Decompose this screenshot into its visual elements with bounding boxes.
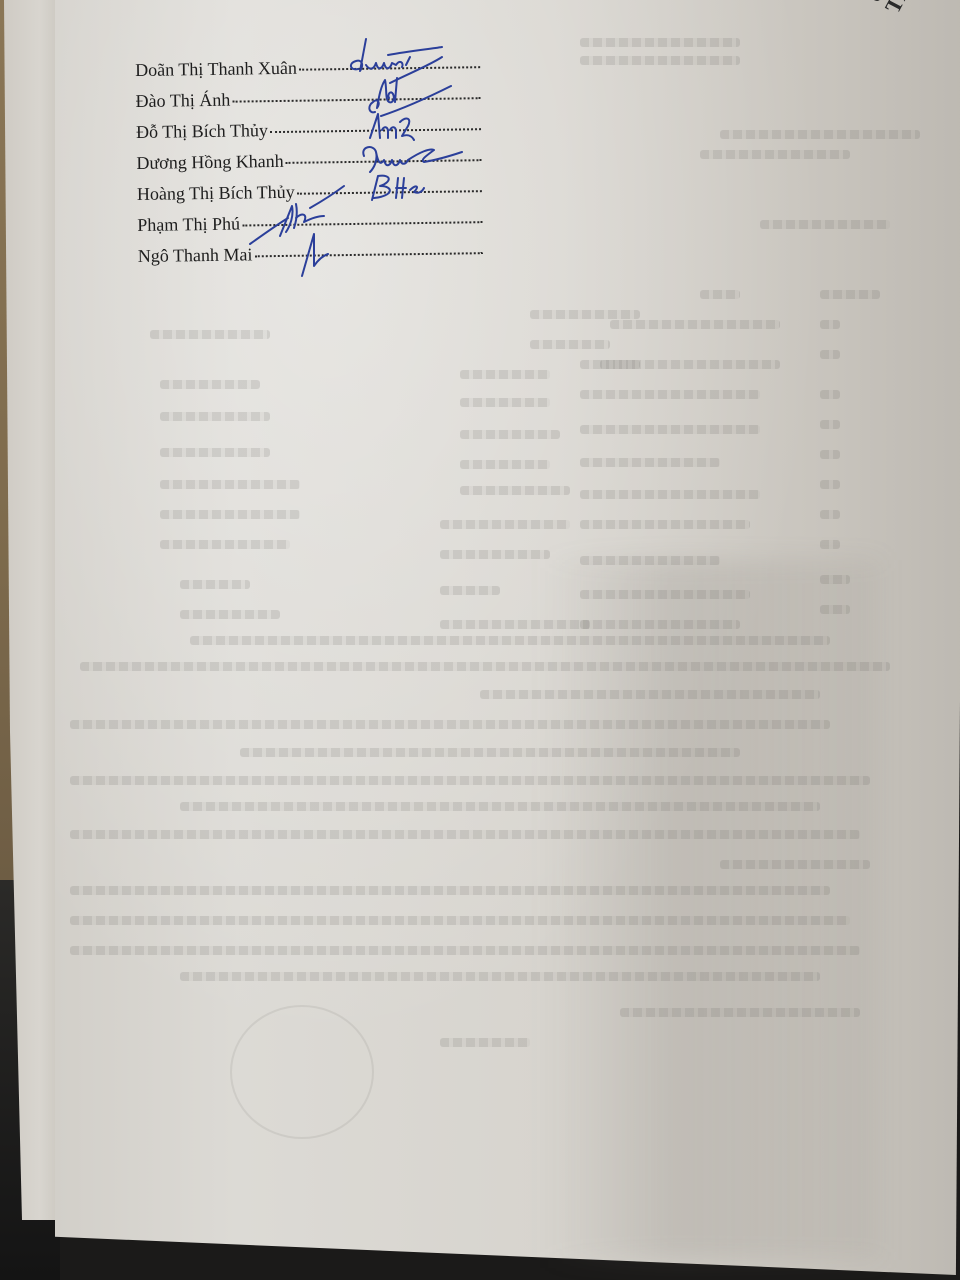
signature-line (299, 50, 480, 71)
signature-line (297, 174, 482, 195)
signatory-name: Đào Thị Ánh (135, 90, 230, 112)
signature-line (286, 143, 482, 164)
signature-line (242, 205, 483, 226)
signatory-name: Doãn Thị Thanh Xuân (135, 58, 297, 81)
signatory-name: Ngô Thanh Mai (138, 244, 253, 267)
signatory-name: Phạm Thị Phú (137, 214, 240, 236)
signatory-name: Dương Hồng Khanh (136, 151, 284, 174)
bleed-through-stamp (230, 1005, 374, 1139)
signatory-name: Đỗ Thị Bích Thủy (136, 120, 268, 143)
signatory-name: Hoàng Thị Bích Thủy (137, 182, 295, 205)
signature-line (270, 112, 481, 133)
signatory-row: Ngô Thanh Mai (138, 239, 483, 275)
signature-line (254, 236, 483, 257)
signature-line (232, 81, 481, 102)
signatory-list: Doãn Thị Thanh Xuân Đào Thị Ánh Đỗ Thị B… (135, 53, 483, 275)
